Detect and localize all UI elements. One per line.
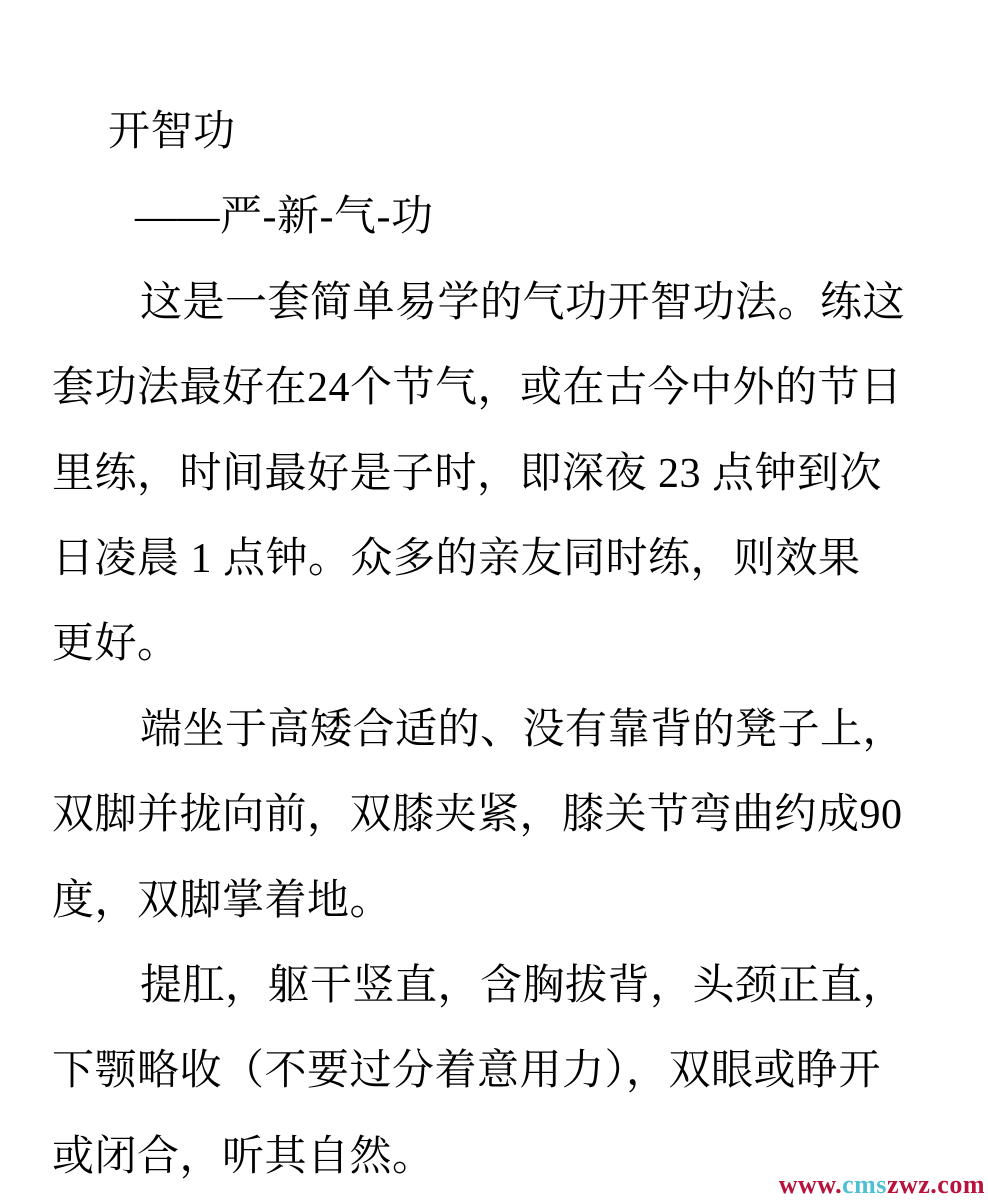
body-line: 更好。 xyxy=(52,602,910,687)
body-line: 里练，时间最好是子时，即深夜 23 点钟到次 xyxy=(52,432,910,517)
body-line: 日凌晨 1 点钟。众多的亲友同时练，则效果 xyxy=(52,517,910,602)
page-title: 开智功 xyxy=(52,90,910,175)
body-line: 套功法最好在24个节气，或在古今中外的节日 xyxy=(52,346,910,431)
body-line: 端坐于高矮合适的、没有靠背的凳子上， xyxy=(52,688,910,773)
body-line: 下颚略收（不要过分着意用力），双眼或睁开 xyxy=(52,1029,910,1114)
body-line: 双脚并拢向前，双膝夹紧，膝关节弯曲约成90 xyxy=(52,773,910,858)
document-page: 开智功 ——严-新-气-功 这是一套简单易学的气功开智功法。练这 套功法最好在2… xyxy=(52,90,910,1200)
body-line: 度，双脚掌着地。 xyxy=(52,859,910,944)
body-line: 提肛，躯干竖直，含胸拔背，头颈正直， xyxy=(52,944,910,1029)
watermark-url: www.cmszwz.com xyxy=(779,1171,985,1200)
body-line: 这是一套简单易学的气功开智功法。练这 xyxy=(52,261,910,346)
watermark-segment-www: www. xyxy=(779,1170,842,1199)
watermark-segment-cms: cms xyxy=(842,1170,887,1199)
subtitle: ——严-新-气-功 xyxy=(52,175,910,260)
watermark-segment-zwzcom: zwz.com xyxy=(887,1170,985,1199)
